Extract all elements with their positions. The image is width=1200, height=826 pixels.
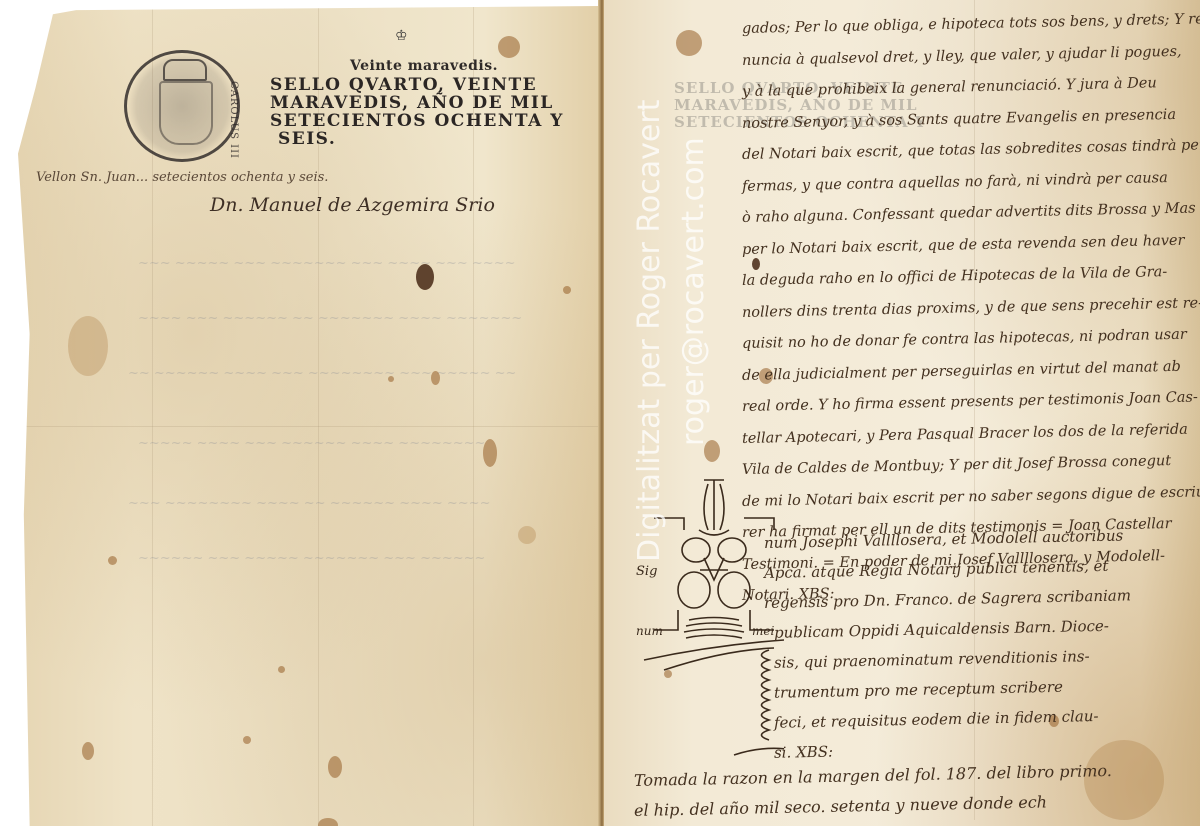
royal-seal-stamp: CAROLUS III: [124, 50, 240, 162]
foxing-spot: [563, 286, 571, 294]
foxing-spot: [318, 818, 338, 826]
stamp-text-block: SELLO QVARTO, VEINTE MARAVEDIS, AÑO DE M…: [270, 76, 590, 148]
foxing-spot: [278, 666, 285, 673]
foxing-spot: [676, 30, 702, 56]
foxing-spot: [328, 756, 342, 778]
bleed-through-text: ~~ ~~~~~~ ~~~~ ~~~ ~~~~~~~~ ~~~ ~~~~~ ~~: [128, 366, 516, 381]
bleed-through-text: ~~~ ~~~~~ ~~~ ~~~~~~~ ~~~ ~~~~ ~~~ ~~~~: [138, 256, 516, 271]
bleed-through-text: ~~~~~~ ~~~ ~~~~~ ~~~~~~~ ~~~ ~~~~~~: [138, 551, 485, 566]
foxing-spot: [518, 526, 536, 544]
crown-icon: [163, 59, 207, 81]
foxing-spot: [388, 376, 394, 382]
bleed-through-text: ~~~~~ ~~~~ ~~~ ~~~~~~ ~~~~ ~~~~~~~~: [138, 436, 485, 451]
stamp-line: SEIS.: [270, 130, 590, 148]
foxing-spot: [243, 736, 251, 744]
foxing-spot: [483, 439, 497, 467]
stamp-line: SETECIENTOS OCHENTA Y: [270, 112, 590, 130]
foxing-spot: [498, 36, 520, 58]
watermark-email: roger@rocavert.com: [676, 137, 711, 446]
svg-text:num: num: [636, 624, 663, 638]
fold-line: [18, 426, 600, 427]
stamp-line: MARAVEDIS, AÑO DE MIL: [270, 94, 590, 112]
coat-of-arms-icon: [159, 81, 213, 145]
handwritten-signature: Dn. Manuel de Azgemira Srio: [210, 194, 495, 216]
handwritten-date-line: Vellon Sn. Juan... setecientos ochenta y…: [36, 170, 328, 185]
stamp-value: Veinte maravedis.: [350, 58, 498, 74]
svg-text:Sig: Sig: [636, 564, 657, 579]
bleed-through-text: ~~~~ ~~~ ~~~~~~ ~~ ~~~~~~~ ~~~~ ~~~~~~~: [138, 311, 522, 326]
watermark-credit: Digitalitzat per Roger Rocavert: [632, 100, 667, 562]
bleed-through-text: ~~~ ~~~~~~~~ ~~~~ ~~ ~~~~~~ ~~~~ ~~~~: [128, 496, 490, 511]
crown-emblem-icon: ♔: [395, 28, 408, 44]
foxing-spot: [108, 556, 117, 565]
foxing-spot: [82, 742, 94, 760]
foxing-spot: [68, 316, 108, 376]
seal-inscription: CAROLUS III: [228, 81, 239, 159]
registry-annotation: Tomada la razon en la margen del fol. 18…: [634, 766, 1194, 826]
stamp-line: SELLO QVARTO, VEINTE: [270, 76, 590, 94]
latin-notarial-clause: num Josephi Vallllosera, et Modolell auc…: [764, 528, 1194, 768]
ink-blot: [416, 264, 434, 290]
foxing-spot: [431, 371, 440, 385]
